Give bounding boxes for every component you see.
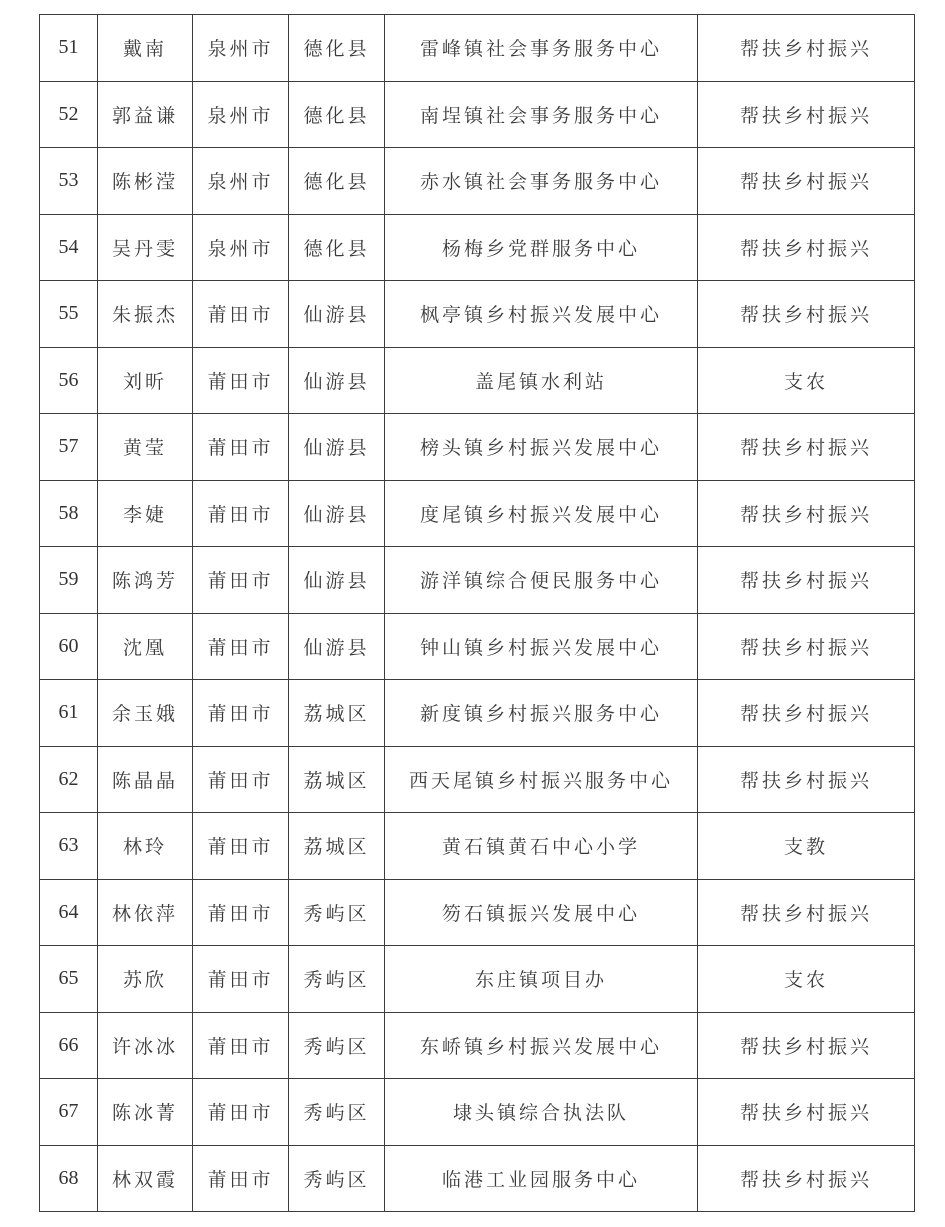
cell-name: 林双霞 — [98, 1145, 193, 1212]
cell-service-unit: 赤水镇社会事务服务中心 — [385, 148, 698, 215]
cell-city: 莆田市 — [193, 1012, 289, 1079]
cell-service-unit: 东峤镇乡村振兴发展中心 — [385, 1012, 698, 1079]
cell-service-type: 帮扶乡村振兴 — [698, 1012, 915, 1079]
cell-service-unit: 西天尾镇乡村振兴服务中心 — [385, 746, 698, 813]
cell-name: 许冰冰 — [98, 1012, 193, 1079]
cell-service-type: 帮扶乡村振兴 — [698, 680, 915, 747]
table-row: 67陈冰菁莆田市秀屿区埭头镇综合执法队帮扶乡村振兴 — [40, 1079, 915, 1146]
cell-county: 仙游县 — [289, 281, 385, 348]
cell-service-type: 帮扶乡村振兴 — [698, 746, 915, 813]
cell-name: 林依萍 — [98, 879, 193, 946]
cell-number: 54 — [40, 214, 98, 281]
cell-name: 林玲 — [98, 813, 193, 880]
cell-city: 莆田市 — [193, 347, 289, 414]
roster-table-container: 51戴南泉州市德化县雷峰镇社会事务服务中心帮扶乡村振兴52郭益谦泉州市德化县南埕… — [39, 14, 915, 1212]
cell-service-type: 帮扶乡村振兴 — [698, 281, 915, 348]
cell-name: 李婕 — [98, 480, 193, 547]
cell-number: 63 — [40, 813, 98, 880]
table-row: 57黄莹莆田市仙游县榜头镇乡村振兴发展中心帮扶乡村振兴 — [40, 414, 915, 481]
cell-number: 58 — [40, 480, 98, 547]
table-row: 65苏欣莆田市秀屿区东庄镇项目办支农 — [40, 946, 915, 1013]
cell-name: 郭益谦 — [98, 81, 193, 148]
table-row: 66许冰冰莆田市秀屿区东峤镇乡村振兴发展中心帮扶乡村振兴 — [40, 1012, 915, 1079]
cell-service-unit: 枫亭镇乡村振兴发展中心 — [385, 281, 698, 348]
table-row: 55朱振杰莆田市仙游县枫亭镇乡村振兴发展中心帮扶乡村振兴 — [40, 281, 915, 348]
table-row: 64林依萍莆田市秀屿区笏石镇振兴发展中心帮扶乡村振兴 — [40, 879, 915, 946]
cell-service-unit: 钟山镇乡村振兴发展中心 — [385, 613, 698, 680]
cell-county: 秀屿区 — [289, 1012, 385, 1079]
cell-number: 53 — [40, 148, 98, 215]
cell-service-unit: 南埕镇社会事务服务中心 — [385, 81, 698, 148]
cell-name: 刘昕 — [98, 347, 193, 414]
cell-number: 56 — [40, 347, 98, 414]
cell-city: 莆田市 — [193, 813, 289, 880]
cell-number: 57 — [40, 414, 98, 481]
table-row: 63林玲莆田市荔城区黄石镇黄石中心小学支教 — [40, 813, 915, 880]
cell-city: 泉州市 — [193, 81, 289, 148]
table-row: 51戴南泉州市德化县雷峰镇社会事务服务中心帮扶乡村振兴 — [40, 15, 915, 82]
cell-county: 仙游县 — [289, 547, 385, 614]
cell-county: 仙游县 — [289, 480, 385, 547]
cell-city: 莆田市 — [193, 480, 289, 547]
cell-county: 荔城区 — [289, 680, 385, 747]
cell-service-unit: 榜头镇乡村振兴发展中心 — [385, 414, 698, 481]
cell-service-unit: 临港工业园服务中心 — [385, 1145, 698, 1212]
cell-number: 67 — [40, 1079, 98, 1146]
cell-service-type: 支农 — [698, 946, 915, 1013]
cell-service-type: 帮扶乡村振兴 — [698, 148, 915, 215]
cell-service-unit: 游洋镇综合便民服务中心 — [385, 547, 698, 614]
cell-number: 51 — [40, 15, 98, 82]
cell-name: 戴南 — [98, 15, 193, 82]
cell-service-unit: 盖尾镇水利站 — [385, 347, 698, 414]
cell-service-type: 帮扶乡村振兴 — [698, 879, 915, 946]
cell-number: 59 — [40, 547, 98, 614]
cell-number: 60 — [40, 613, 98, 680]
cell-name: 陈鸿芳 — [98, 547, 193, 614]
cell-county: 秀屿区 — [289, 946, 385, 1013]
table-row: 54吴丹雯泉州市德化县杨梅乡党群服务中心帮扶乡村振兴 — [40, 214, 915, 281]
table-row: 60沈凰莆田市仙游县钟山镇乡村振兴发展中心帮扶乡村振兴 — [40, 613, 915, 680]
cell-service-unit: 笏石镇振兴发展中心 — [385, 879, 698, 946]
cell-service-type: 帮扶乡村振兴 — [698, 15, 915, 82]
cell-service-type: 帮扶乡村振兴 — [698, 214, 915, 281]
cell-county: 秀屿区 — [289, 1079, 385, 1146]
cell-service-unit: 雷峰镇社会事务服务中心 — [385, 15, 698, 82]
table-row: 58李婕莆田市仙游县度尾镇乡村振兴发展中心帮扶乡村振兴 — [40, 480, 915, 547]
cell-county: 德化县 — [289, 15, 385, 82]
cell-county: 荔城区 — [289, 746, 385, 813]
cell-city: 莆田市 — [193, 680, 289, 747]
cell-service-type: 支农 — [698, 347, 915, 414]
cell-service-unit: 东庄镇项目办 — [385, 946, 698, 1013]
cell-number: 61 — [40, 680, 98, 747]
cell-number: 66 — [40, 1012, 98, 1079]
cell-name: 余玉娥 — [98, 680, 193, 747]
cell-name: 陈晶晶 — [98, 746, 193, 813]
cell-service-type: 帮扶乡村振兴 — [698, 1145, 915, 1212]
cell-number: 55 — [40, 281, 98, 348]
cell-number: 65 — [40, 946, 98, 1013]
cell-number: 52 — [40, 81, 98, 148]
cell-service-unit: 杨梅乡党群服务中心 — [385, 214, 698, 281]
table-row: 56刘昕莆田市仙游县盖尾镇水利站支农 — [40, 347, 915, 414]
roster-table: 51戴南泉州市德化县雷峰镇社会事务服务中心帮扶乡村振兴52郭益谦泉州市德化县南埕… — [39, 14, 915, 1212]
cell-number: 62 — [40, 746, 98, 813]
cell-city: 莆田市 — [193, 414, 289, 481]
cell-number: 68 — [40, 1145, 98, 1212]
cell-county: 荔城区 — [289, 813, 385, 880]
cell-service-unit: 度尾镇乡村振兴发展中心 — [385, 480, 698, 547]
cell-city: 莆田市 — [193, 746, 289, 813]
table-row: 61余玉娥莆田市荔城区新度镇乡村振兴服务中心帮扶乡村振兴 — [40, 680, 915, 747]
cell-name: 沈凰 — [98, 613, 193, 680]
roster-table-body: 51戴南泉州市德化县雷峰镇社会事务服务中心帮扶乡村振兴52郭益谦泉州市德化县南埕… — [40, 15, 915, 1212]
cell-name: 陈彬滢 — [98, 148, 193, 215]
cell-county: 德化县 — [289, 148, 385, 215]
cell-service-type: 帮扶乡村振兴 — [698, 547, 915, 614]
cell-county: 秀屿区 — [289, 879, 385, 946]
cell-city: 莆田市 — [193, 613, 289, 680]
cell-city: 泉州市 — [193, 214, 289, 281]
cell-name: 苏欣 — [98, 946, 193, 1013]
cell-service-type: 帮扶乡村振兴 — [698, 480, 915, 547]
cell-service-unit: 黄石镇黄石中心小学 — [385, 813, 698, 880]
cell-city: 莆田市 — [193, 879, 289, 946]
table-row: 52郭益谦泉州市德化县南埕镇社会事务服务中心帮扶乡村振兴 — [40, 81, 915, 148]
cell-service-unit: 新度镇乡村振兴服务中心 — [385, 680, 698, 747]
cell-city: 莆田市 — [193, 946, 289, 1013]
cell-county: 德化县 — [289, 81, 385, 148]
cell-number: 64 — [40, 879, 98, 946]
cell-service-type: 支教 — [698, 813, 915, 880]
table-row: 62陈晶晶莆田市荔城区西天尾镇乡村振兴服务中心帮扶乡村振兴 — [40, 746, 915, 813]
table-row: 59陈鸿芳莆田市仙游县游洋镇综合便民服务中心帮扶乡村振兴 — [40, 547, 915, 614]
table-row: 53陈彬滢泉州市德化县赤水镇社会事务服务中心帮扶乡村振兴 — [40, 148, 915, 215]
table-row: 68林双霞莆田市秀屿区临港工业园服务中心帮扶乡村振兴 — [40, 1145, 915, 1212]
cell-service-type: 帮扶乡村振兴 — [698, 414, 915, 481]
cell-city: 莆田市 — [193, 281, 289, 348]
cell-county: 秀屿区 — [289, 1145, 385, 1212]
cell-service-type: 帮扶乡村振兴 — [698, 613, 915, 680]
cell-county: 德化县 — [289, 214, 385, 281]
cell-service-unit: 埭头镇综合执法队 — [385, 1079, 698, 1146]
cell-city: 泉州市 — [193, 148, 289, 215]
cell-service-type: 帮扶乡村振兴 — [698, 81, 915, 148]
cell-city: 莆田市 — [193, 547, 289, 614]
cell-city: 莆田市 — [193, 1079, 289, 1146]
cell-name: 吴丹雯 — [98, 214, 193, 281]
cell-county: 仙游县 — [289, 613, 385, 680]
cell-name: 陈冰菁 — [98, 1079, 193, 1146]
cell-name: 朱振杰 — [98, 281, 193, 348]
cell-service-type: 帮扶乡村振兴 — [698, 1079, 915, 1146]
cell-name: 黄莹 — [98, 414, 193, 481]
cell-city: 泉州市 — [193, 15, 289, 82]
cell-city: 莆田市 — [193, 1145, 289, 1212]
cell-county: 仙游县 — [289, 347, 385, 414]
cell-county: 仙游县 — [289, 414, 385, 481]
